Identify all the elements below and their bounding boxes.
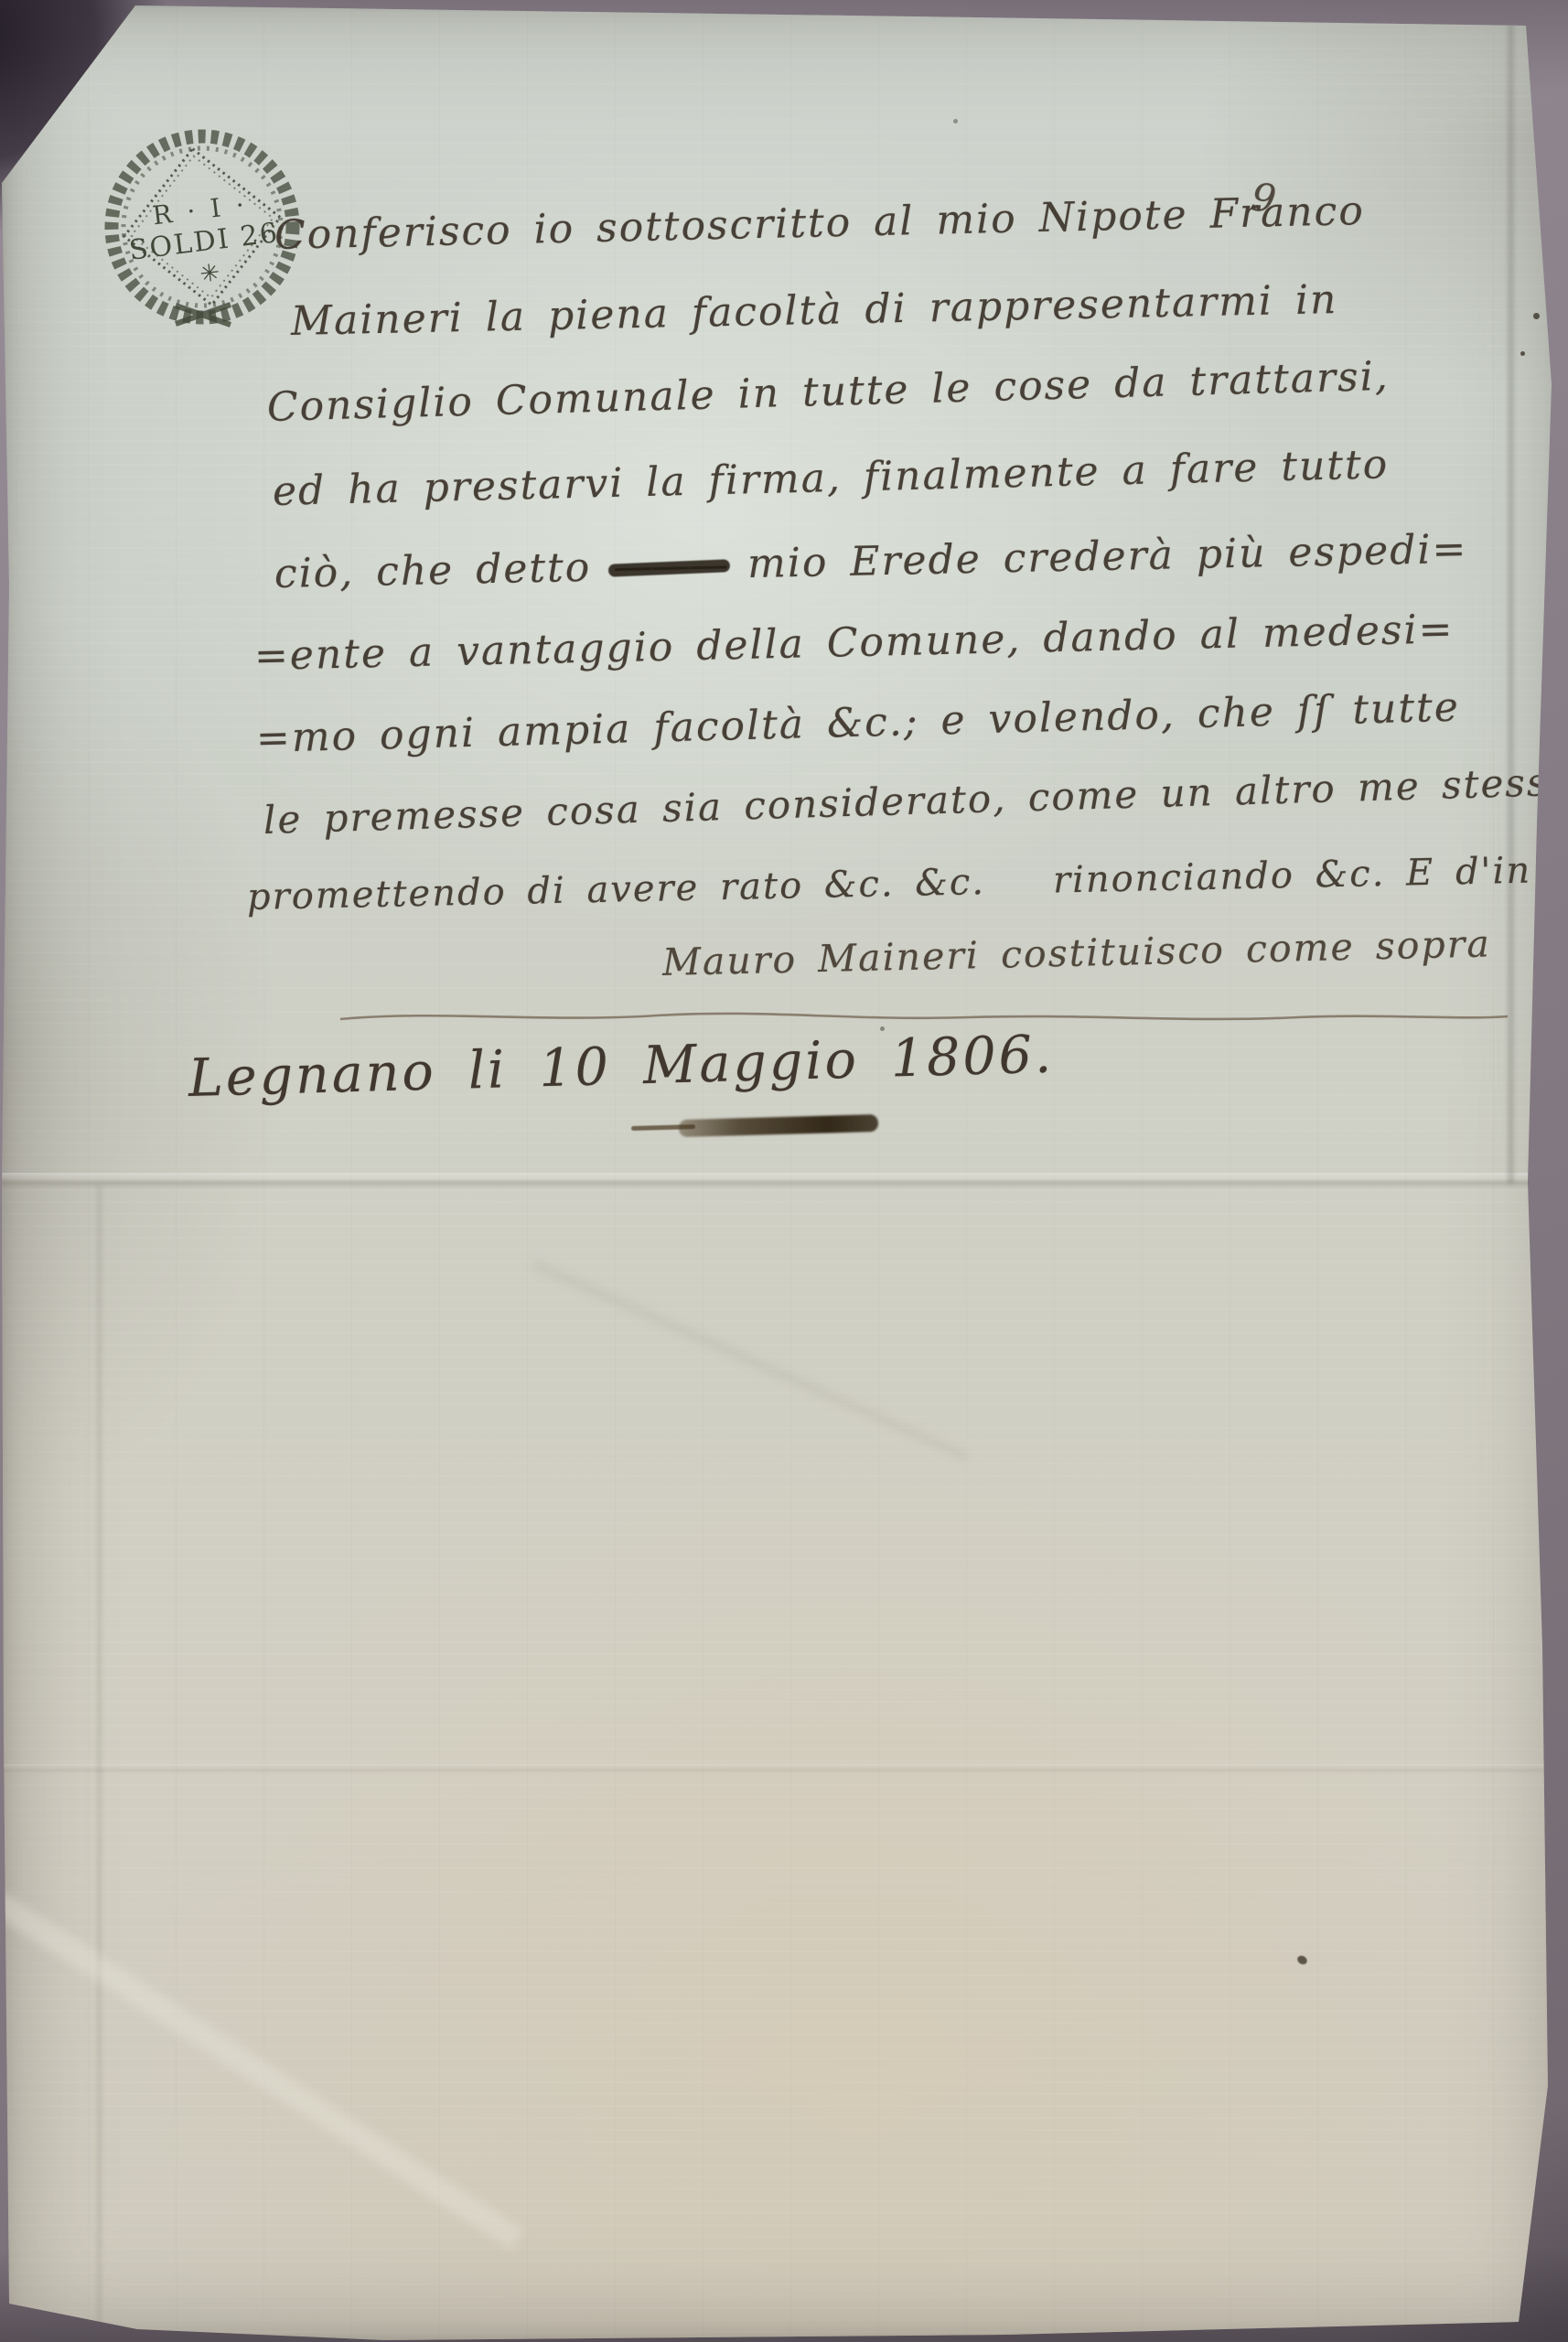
diagonal-crease — [0, 1891, 523, 2250]
body-line-3: Consiglio Comunale in tutte le cose da t… — [266, 353, 1390, 431]
body-line-5-post: mio Erede crederà più espedi= — [725, 526, 1468, 588]
body-line-1: Conferisco io sottoscritto al mio Nipote… — [274, 188, 1365, 259]
body-line-7: =mo ogni ampia facoltà &c.; e volendo, c… — [255, 684, 1460, 762]
lower-fold-crease — [0, 1764, 1568, 1775]
body-line-5-pre: ciò, che detto — [274, 543, 613, 597]
ink-speck — [1295, 1954, 1308, 1966]
ink-speck — [1533, 313, 1540, 319]
body-line-5: ciò, che detto ——— mio Erede crederà più… — [274, 526, 1467, 597]
signature-underline — [337, 999, 1512, 1030]
line-gap — [985, 893, 1053, 895]
horizontal-fold-crease — [0, 1173, 1568, 1189]
document-paper: R · I · SOLDI 26 ✳ Conferisco io sottosc… — [0, 0, 1568, 2342]
signature-line: Mauro Maineri costituisco come sopra — [661, 921, 1491, 984]
body-line-2: Maineri la piena facoltà di rappresentar… — [290, 276, 1337, 345]
faint-crease — [531, 1258, 971, 1463]
ink-speck — [1520, 351, 1525, 356]
body-line-9-pre: promettendo di avere rato &c. &c. — [247, 861, 986, 919]
body-line-6: =ente a vantaggio della Comune, dando al… — [253, 606, 1455, 680]
ink-speck — [880, 1026, 885, 1031]
body-line-9: promettendo di avere rato &c. &c.rinonci… — [247, 847, 1568, 919]
stamp-flower-icon: ✳ — [199, 259, 221, 288]
ink-speck — [953, 119, 958, 124]
body-line-9-post: rinonciando &c. E d'in fede — [1052, 847, 1568, 901]
left-edge-crease — [97, 1186, 102, 2338]
body-line-4: ed ha prestarvi la firma, finalmente a f… — [272, 441, 1389, 515]
body-line-8: le premesse cosa sia considerato, come u… — [263, 759, 1568, 843]
strikethrough-scribble: ——— — [613, 542, 726, 591]
dateline: Legnano li 10 Maggio 1806. — [188, 1025, 1055, 1109]
date-ink-smudge — [679, 1114, 878, 1137]
